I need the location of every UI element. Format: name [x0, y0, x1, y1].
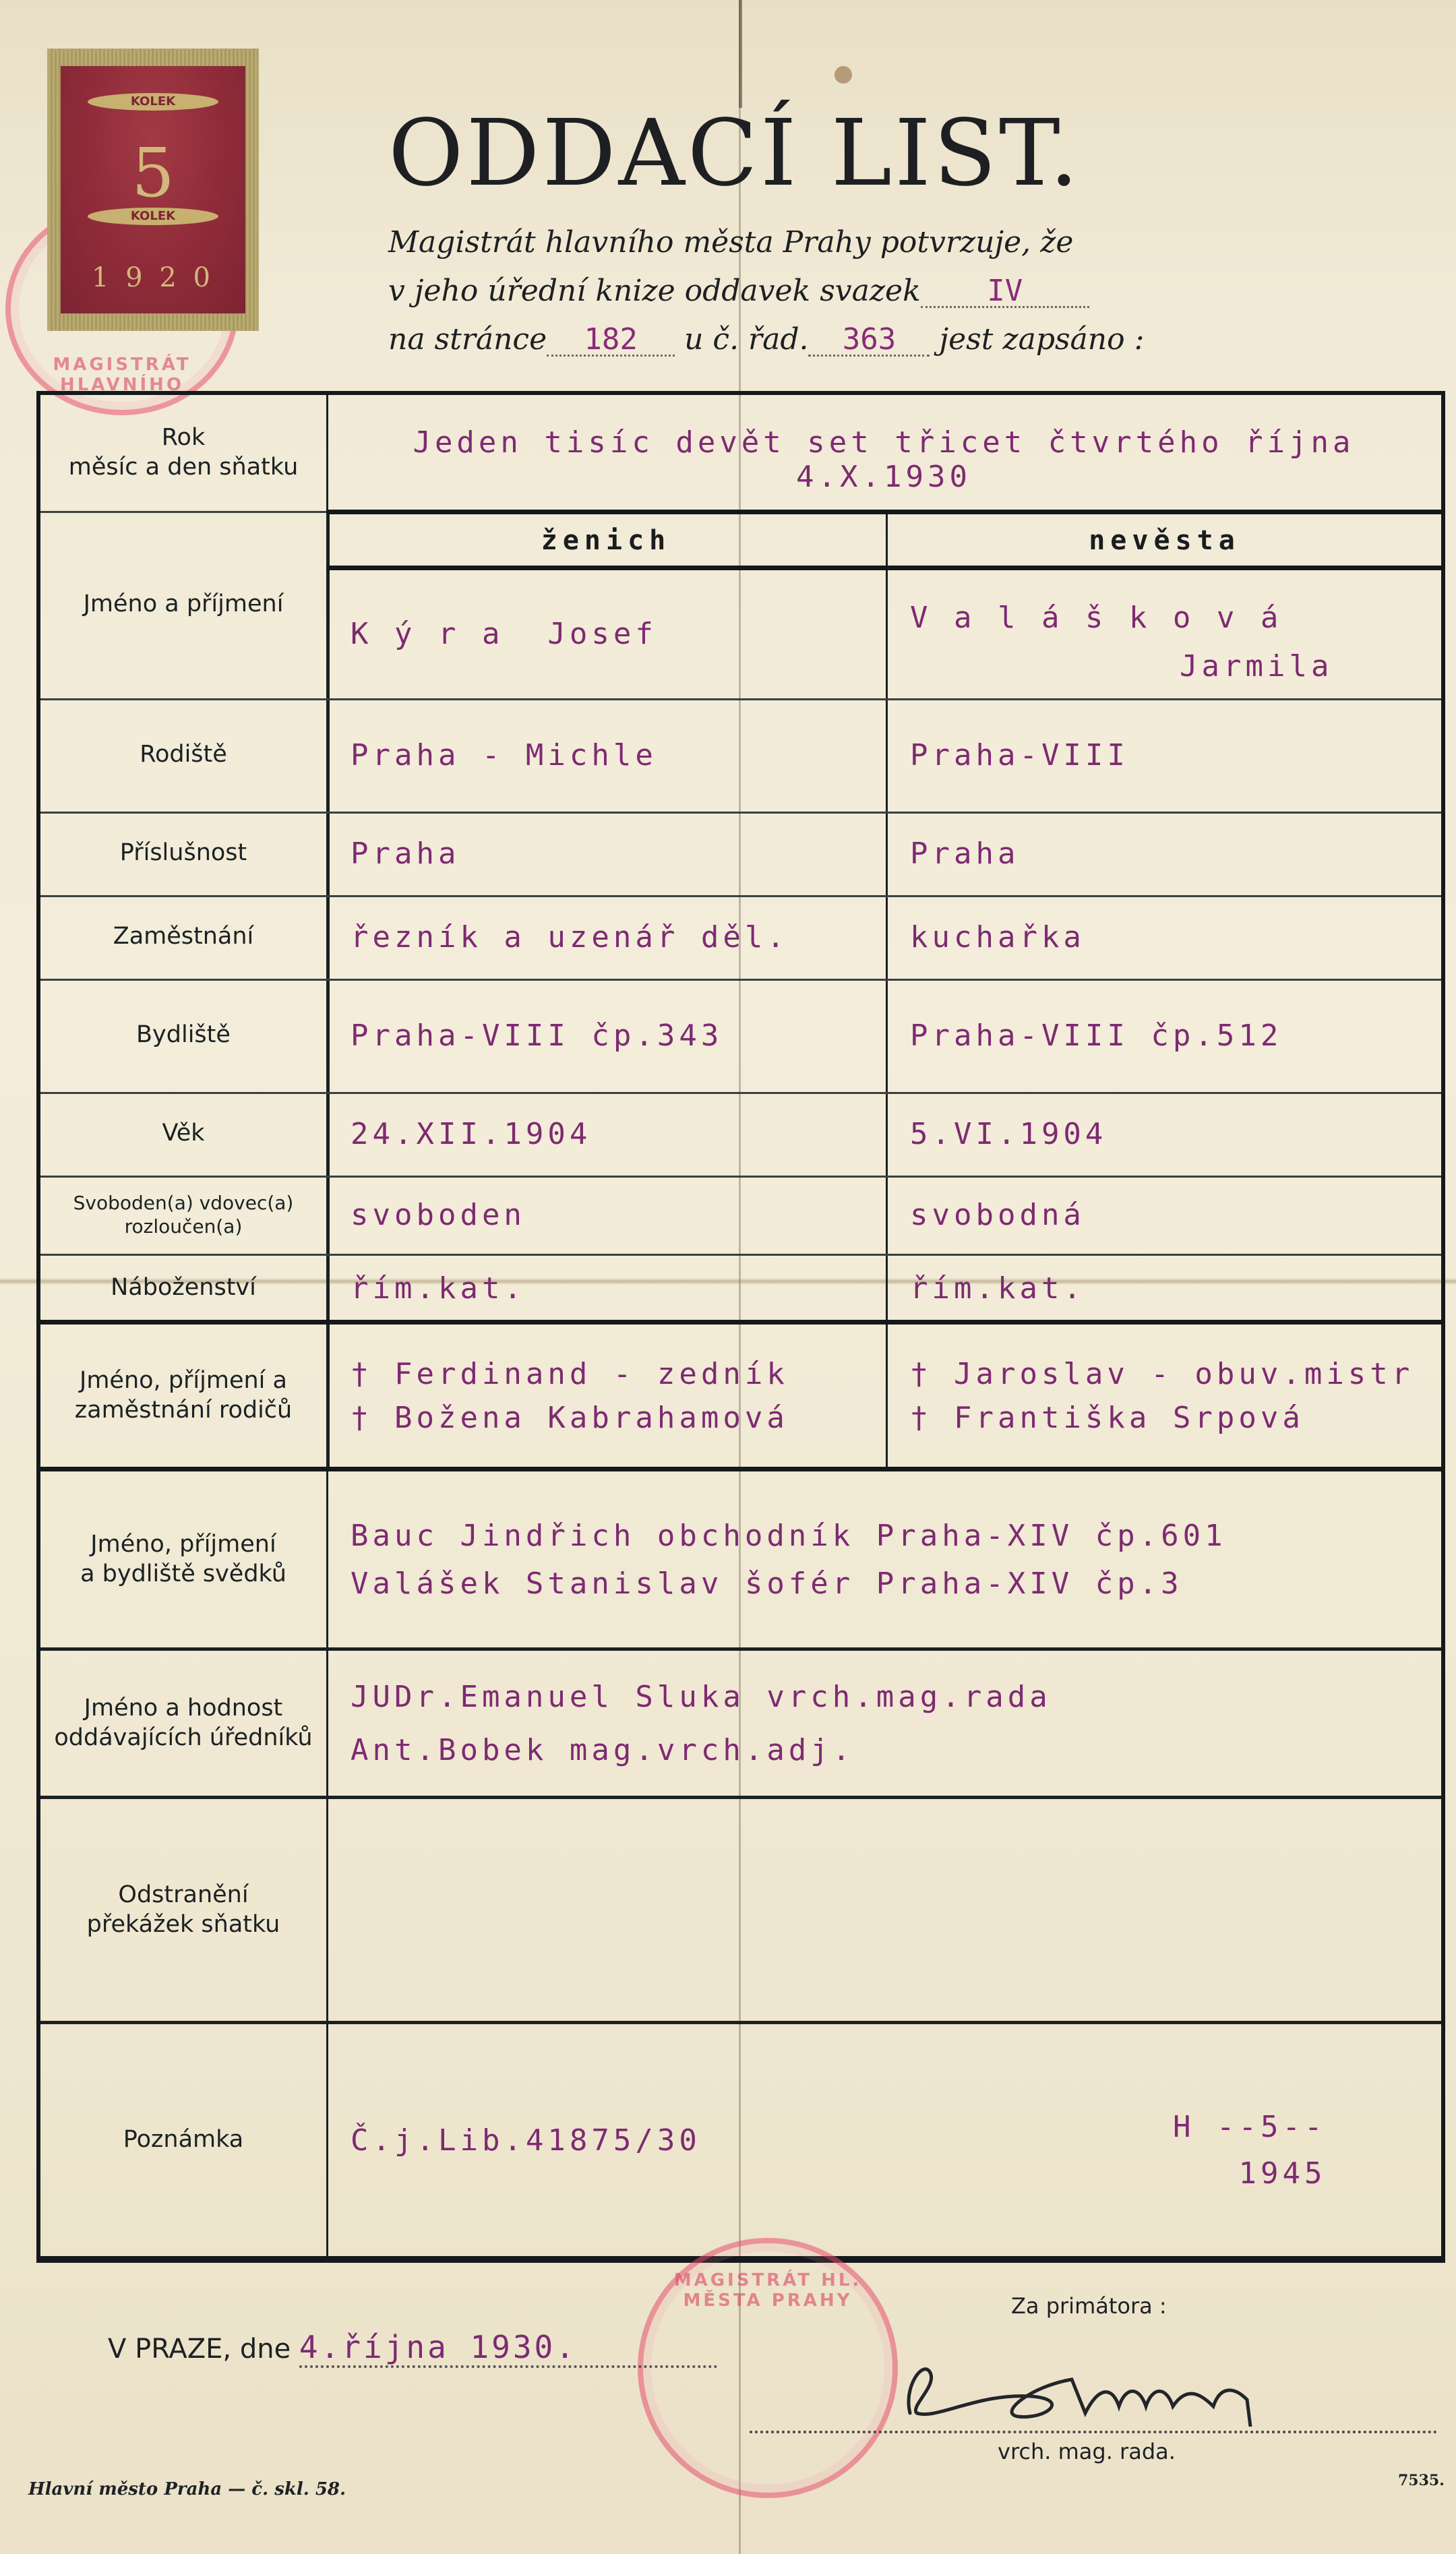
signatory-rank: vrch. mag. rada.	[998, 2439, 1176, 2464]
bride-mother: † Františka Srpová	[910, 1401, 1304, 1435]
volume-value: IV	[987, 274, 1023, 308]
bride-surname: V a l á š k o v á	[910, 597, 1282, 638]
bride-given-name: Jarmila	[1180, 646, 1333, 686]
bride-marital-status: svobodná	[910, 1176, 1085, 1254]
place-and-date: V PRAZE, dne 4.října 1930.	[108, 2329, 717, 2368]
marriage-register-table: Rok měsíc a den sňatku Jeden tisíc devět…	[36, 391, 1445, 2263]
witnesses-value: Bauc Jindřich obchodník Praha-XIV čp.601…	[351, 1471, 1227, 1648]
entry-number-value: 363	[843, 322, 896, 357]
label-age: Věk	[40, 1092, 326, 1176]
label-impediments: Odstranění překážek sňatku	[40, 1799, 326, 2021]
revenue-stamp-face: KOLEK 5 KOLEK 1 9 2 0	[61, 66, 245, 313]
groom-occupation: řezník a uzenář děl.	[351, 895, 789, 979]
groom-birthdate: 24.XII.1904	[351, 1092, 591, 1176]
label-date-of-marriage: Rok měsíc a den sňatku	[40, 395, 326, 511]
bride-birthdate: 5.VI.1904	[910, 1092, 1107, 1176]
row-divider	[326, 510, 1441, 514]
label-religion: Náboženství	[40, 1254, 326, 1322]
bride-citizenship: Praha	[910, 812, 1019, 895]
groom-father: † Ferdinand - zedník	[351, 1357, 789, 1391]
label-marital-status: Svoboden(a) vdovec(a) rozloučen(a)	[40, 1176, 326, 1254]
note-mark: H --5-- 1945	[1173, 2024, 1326, 2256]
bride-father: † Jaroslav - obuv.mistr	[910, 1357, 1414, 1391]
label-name: Jméno a příjmení	[40, 511, 326, 698]
bride-occupation: kuchařka	[910, 895, 1085, 979]
signature-line	[750, 2431, 1437, 2433]
intro-line-3: na stránce182 u č. řad.363 jest zapsáno …	[388, 325, 1144, 357]
bride-religion: řím.kat.	[910, 1254, 1085, 1322]
paper-stain	[835, 66, 852, 84]
official-1: JUDr.Emanuel Sluka vrch.mag.rada	[351, 1680, 1052, 1714]
groom-birthplace: Praha - Michle	[351, 698, 657, 812]
officials-value: JUDr.Emanuel Sluka vrch.mag.rada Ant.Bob…	[351, 1651, 1052, 1796]
label-birthplace: Rodiště	[40, 698, 326, 812]
groom-residence: Praha-VIII čp.343	[351, 979, 723, 1092]
page-value: 182	[584, 322, 637, 357]
groom-bride-divider	[886, 511, 888, 1468]
row-divider	[40, 1467, 1441, 1471]
form-number: 7535.	[1398, 2472, 1445, 2489]
revenue-stamp: KOLEK 5 KOLEK 1 9 2 0	[47, 49, 259, 331]
revenue-stamp-value: 5	[61, 133, 245, 212]
witness-1: Bauc Jindřich obchodník Praha-XIV čp.601	[351, 1519, 1227, 1553]
official-seal-bottom: MAGISTRÁT HL. MĚSTA PRAHY	[638, 2238, 898, 2498]
groom-citizenship: Praha	[351, 812, 460, 895]
date-of-marriage-value: Jeden tisíc devět set třicet čtvrtého ří…	[326, 395, 1441, 511]
label-residence: Bydliště	[40, 979, 326, 1092]
groom-parents: † Ferdinand - zedník † Božena Kabrahamov…	[351, 1324, 789, 1468]
groom-name: K ý r a Josef	[351, 569, 657, 698]
issue-date: 4.října 1930.	[299, 2329, 717, 2368]
signatory-label: Za primátora :	[1011, 2293, 1167, 2319]
groom-marital-status: svoboden	[351, 1176, 526, 1254]
bride-residence: Praha-VIII čp.512	[910, 979, 1282, 1092]
label-witnesses: Jméno, příjmení a bydliště svědků	[40, 1471, 326, 1648]
bride-birthplace: Praha-VIII	[910, 698, 1129, 812]
intro-line-2: v jeho úřední knize oddavek svazekIV	[388, 276, 1089, 308]
paper-tear	[739, 0, 742, 108]
column-header-bride: nevěsta	[888, 514, 1441, 567]
label-occupation: Zaměstnání	[40, 895, 326, 979]
label-parents: Jméno, příjmení a zaměstnání rodičů	[40, 1324, 326, 1468]
form-identifier: Hlavní město Praha — č. skl. 58.	[28, 2479, 346, 2499]
label-citizenship: Příslušnost	[40, 812, 326, 895]
official-2: Ant.Bobek mag.vrch.adj.	[351, 1733, 854, 1767]
witness-2: Valášek Stanislav šofér Praha-XIV čp.3	[351, 1567, 1183, 1601]
groom-bride-box-left	[326, 511, 330, 1468]
document-title: ODDACÍ LIST.	[388, 108, 1081, 200]
label-note: Poznámka	[40, 2024, 326, 2256]
groom-religion: řím.kat.	[351, 1254, 526, 1322]
groom-mother: † Božena Kabrahamová	[351, 1401, 789, 1435]
intro-line-1: Magistrát hlavního města Prahy potvrzuje…	[388, 228, 1073, 257]
bride-parents: † Jaroslav - obuv.mistr † Františka Srpo…	[910, 1324, 1414, 1468]
note-reference: Č.j.Lib.41875/30	[351, 2024, 701, 2256]
signature	[897, 2346, 1301, 2427]
column-header-groom: ženich	[326, 514, 886, 567]
label-officials: Jméno a hodnost oddávajících úředníků	[40, 1651, 326, 1796]
